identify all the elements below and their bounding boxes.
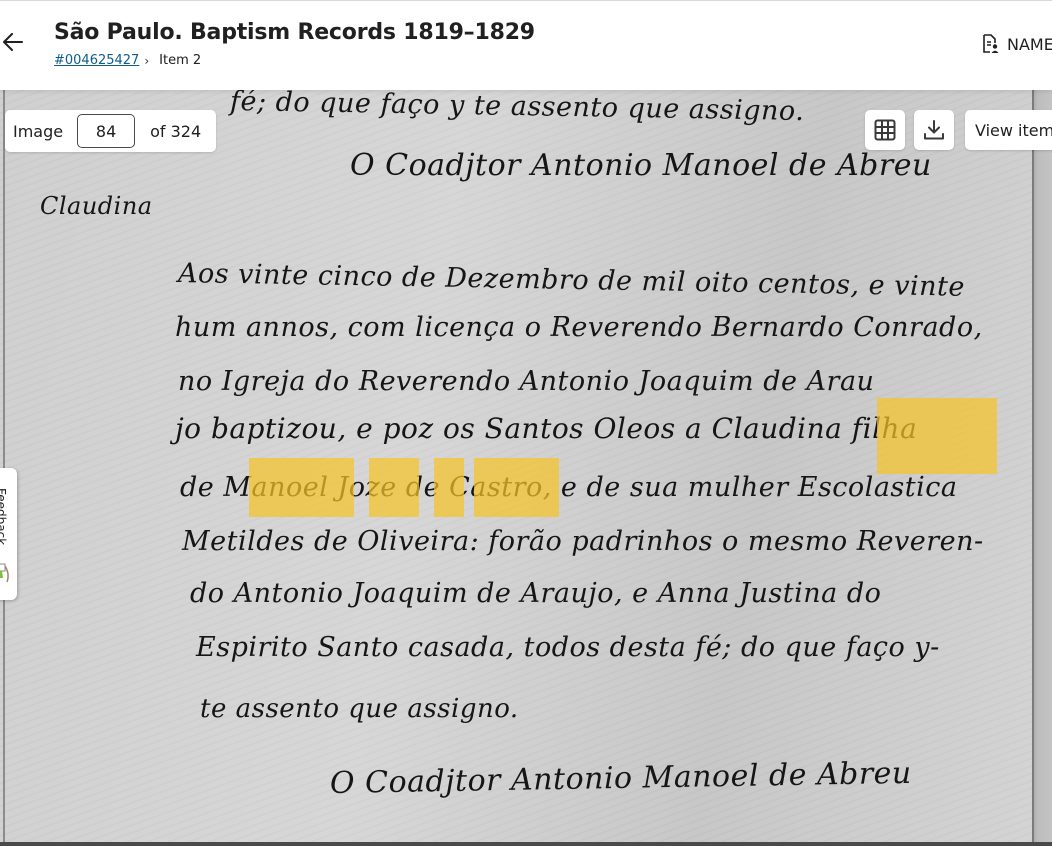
- handwritten-line: Aos vinte cinco de Dezembro de mil oito …: [178, 258, 965, 303]
- breadcrumb-film-number-link[interactable]: #004625427: [54, 53, 139, 68]
- handwritten-line: hum annos, com licença o Reverendo Berna…: [175, 312, 983, 343]
- handwritten-signature: O Coadjtor Antonio Manoel de Abreu: [330, 756, 912, 801]
- download-icon: [923, 119, 945, 141]
- names-button-label: NAMES: [1007, 35, 1052, 54]
- viewer-bottom-edge: [0, 842, 1052, 846]
- page-title: São Paulo. Baptism Records 1819–1829: [54, 20, 535, 45]
- image-label: Image: [13, 122, 63, 141]
- feedback-tab[interactable]: Feedback: [0, 468, 17, 600]
- page-header: São Paulo. Baptism Records 1819–1829 #00…: [0, 0, 1052, 90]
- download-button[interactable]: [914, 110, 954, 150]
- highlight-castro[interactable]: [474, 458, 559, 517]
- handwritten-line: fé; do que faço y te assento que assigno…: [230, 90, 805, 127]
- handwritten-line: no Igreja do Reverendo Antonio Joaquim d…: [178, 366, 874, 397]
- grid-view-button[interactable]: [865, 110, 905, 150]
- highlight-de[interactable]: [434, 458, 464, 517]
- page-edge-right: [1032, 90, 1052, 842]
- image-total-label: of 324: [150, 122, 201, 141]
- breadcrumb: #004625427 › Item 2: [54, 53, 201, 68]
- handwritten-line: te assento que assigno.: [200, 694, 519, 724]
- highlight-manoel[interactable]: [249, 458, 354, 517]
- document-person-icon: [982, 34, 999, 54]
- breadcrumb-current-item: Item 2: [159, 53, 201, 68]
- margin-name: Claudina: [40, 192, 153, 220]
- grid-icon: [874, 119, 896, 141]
- back-button[interactable]: [2, 29, 24, 55]
- page-edge-left: [3, 90, 5, 842]
- highlight-filha[interactable]: [877, 398, 997, 474]
- highlight-joze[interactable]: [369, 458, 419, 517]
- view-item-button[interactable]: View item: [965, 110, 1052, 150]
- handwritten-signature: O Coadjtor Antonio Manoel de Abreu: [350, 148, 932, 183]
- handwritten-line: do Antonio Joaquim de Araujo, e Anna Jus…: [190, 578, 881, 609]
- arrow-left-icon: [3, 33, 23, 51]
- image-navigator: Image of 324: [5, 110, 216, 152]
- image-number-input[interactable]: [77, 114, 135, 148]
- feedback-megaphone-icon: [0, 560, 11, 584]
- breadcrumb-separator: ›: [144, 54, 149, 68]
- handwritten-line: Metildes de Oliveira: forão padrinhos o …: [182, 526, 984, 557]
- names-button[interactable]: NAMES: [982, 34, 1052, 54]
- handwritten-line: jo baptizou, e poz os Santos Oleos a Cla…: [175, 412, 917, 445]
- view-item-label: View item: [975, 121, 1052, 140]
- document-image-viewer[interactable]: fé; do que faço y te assento que assigno…: [0, 90, 1052, 842]
- feedback-label: Feedback: [0, 488, 8, 545]
- handwritten-line: Espirito Santo casada, todos desta fé; d…: [196, 632, 940, 663]
